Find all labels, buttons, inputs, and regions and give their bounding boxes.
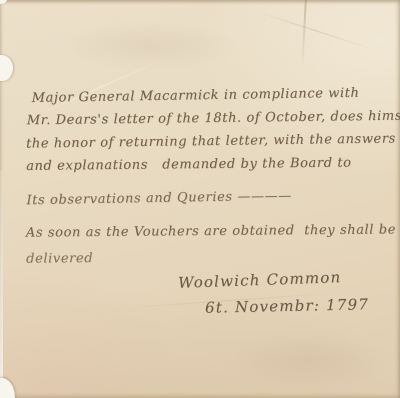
letter-line: As soon as the Vouchers are obtained the…	[26, 217, 400, 246]
letter-line: and explanations demanded by the Board t…	[26, 151, 396, 178]
paper-tear-left	[0, 55, 13, 81]
paper-edge-left	[0, 170, 3, 398]
letter-body-paragraph: As soon as the Vouchers are obtained the…	[26, 217, 400, 272]
paper-crease	[301, 0, 307, 70]
paper-tear-top-left	[0, 0, 7, 4]
signature-date: 6t. Novembr: 1797	[205, 295, 369, 316]
paper-sheet: Major General Macarmick in compliance wi…	[0, 0, 400, 398]
letter-body-paragraph: Major General Macarmick in compliance wi…	[27, 83, 398, 201]
scanned-letter: Major General Macarmick in compliance wi…	[0, 0, 400, 398]
paper-smudge	[230, 330, 390, 390]
paper-tear-bottom-left	[0, 378, 15, 398]
letter-line: Its observations and Queries ————	[26, 183, 396, 212]
letter-line: delivered	[26, 243, 400, 272]
paper-smudge	[60, 20, 240, 70]
signature-place: Woolwich Common	[178, 268, 342, 292]
paper-crease	[253, 10, 377, 51]
